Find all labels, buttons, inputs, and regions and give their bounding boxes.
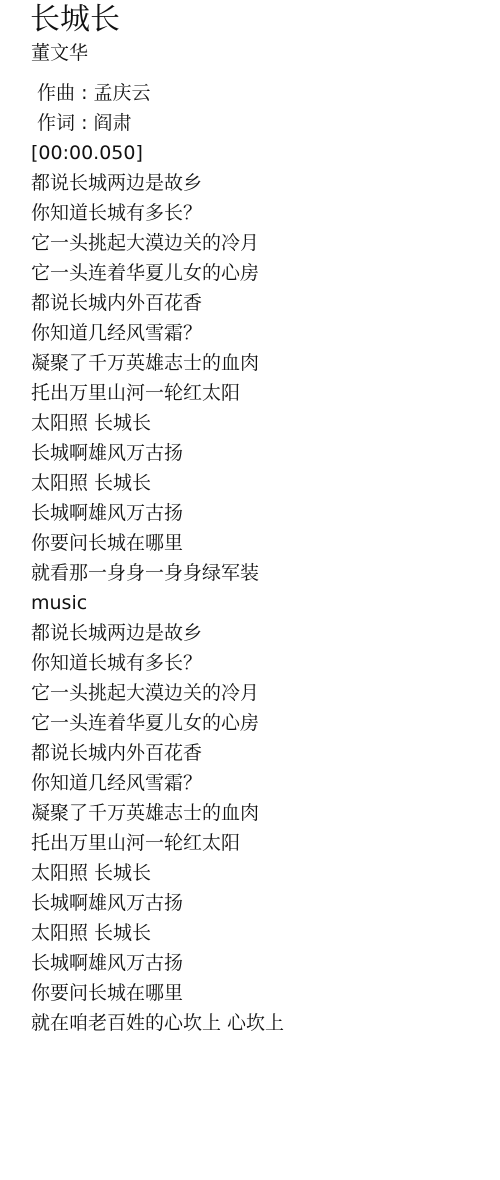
lyric-line: 你知道几经风雪霜？	[31, 768, 284, 798]
lyric-line: [00:00.050]	[31, 138, 284, 168]
lyric-line: 它一头连着华夏儿女的心房	[31, 258, 284, 288]
lyric-line: 你知道长城有多长？	[31, 198, 284, 228]
lyric-line: 它一头挑起大漠边关的冷月	[31, 228, 284, 258]
lyric-line: 就看那一身身一身身绿军装	[31, 558, 284, 588]
lyric-line: 托出万里山河一轮红太阳	[31, 378, 284, 408]
lyric-line: 长城啊雄风万古扬	[31, 948, 284, 978]
lyric-line: 你知道长城有多长？	[31, 648, 284, 678]
lyric-line: 凝聚了千万英雄志士的血肉	[31, 348, 284, 378]
lyric-line: 你要问长城在哪里	[31, 978, 284, 1008]
lyric-line: 都说长城内外百花香	[31, 288, 284, 318]
lyric-line: 它一头挑起大漠边关的冷月	[31, 678, 284, 708]
lyric-line: 都说长城两边是故乡	[31, 168, 284, 198]
lyrics-block: 作曲 : 孟庆云 作词 : 阎肃 [00:00.050]都说长城两边是故乡你知道…	[31, 78, 284, 1038]
lyric-line: 长城啊雄风万古扬	[31, 498, 284, 528]
lyric-line: 你要问长城在哪里	[31, 528, 284, 558]
lyric-line: 都说长城两边是故乡	[31, 618, 284, 648]
credit-lyricist: 作词 : 阎肃	[31, 108, 284, 138]
lyric-line: 太阳照 长城长	[31, 468, 284, 498]
lyric-line: 长城啊雄风万古扬	[31, 438, 284, 468]
lyric-line: 托出万里山河一轮红太阳	[31, 828, 284, 858]
lyric-line: 太阳照 长城长	[31, 858, 284, 888]
lyric-line: 都说长城内外百花香	[31, 738, 284, 768]
song-title: 长城长	[30, 0, 120, 40]
lyric-line: 太阳照 长城长	[31, 408, 284, 438]
lyric-line: 凝聚了千万英雄志士的血肉	[31, 798, 284, 828]
credit-composer: 作曲 : 孟庆云	[31, 78, 284, 108]
lyric-line: 它一头连着华夏儿女的心房	[31, 708, 284, 738]
lyric-line: 太阳照 长城长	[31, 918, 284, 948]
lyric-line: 长城啊雄风万古扬	[31, 888, 284, 918]
lyric-line: 就在咱老百姓的心坎上 心坎上	[31, 1008, 284, 1038]
lyric-line: 你知道几经风雪霜？	[31, 318, 284, 348]
lyric-line: music	[31, 588, 284, 618]
artist-name: 董文华	[31, 40, 88, 66]
